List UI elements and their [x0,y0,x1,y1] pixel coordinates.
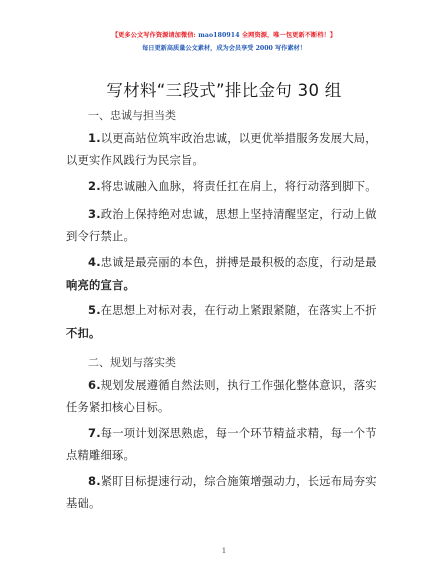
item-text: 规划发展遵循自然法则，执行工作强化整体意识，落实任务紧扣核心目标。 [66,379,377,414]
item-number: 6. [88,378,101,392]
list-item-1: 1.以更高站位筑牢政治忠诚，以更优举措服务发展大局，以更实作风践行为民宗旨。 [66,127,384,172]
list-item-7: 7.每一项计划深思熟虑，每一个环节精益求精，每一个节点精雕细琢。 [66,422,384,467]
item-number: 4. [88,255,101,269]
page-number: 1 [0,546,448,555]
item-text-bold: 不扣。 [66,326,101,340]
document-title: 写材料“三段式”排比金句 30 组 [0,77,448,101]
item-text: 将忠诚融入血脉，将责任扛在肩上，将行动落到脚下。 [101,180,377,193]
item-text: 在思想上对标对表，在行动上紧跟紧随，在落实上不折 [101,304,377,317]
item-text: 以更高站位筑牢政治忠诚，以更优举措服务发展大局，以更实作风践行为民宗旨。 [66,132,377,167]
wechat-id: mao180914 [198,32,239,39]
list-item-8: 8.紧盯目标提速行动，综合施策增强动力，长远布局夯实基础。 [66,470,384,515]
item-number: 2. [88,179,101,193]
list-item-6: 6.规划发展遵循自然法则，执行工作强化整体意识，落实任务紧扣核心目标。 [66,374,384,419]
section-heading-planning: 二、规划与落实类 [88,354,176,370]
item-number: 5. [88,303,101,317]
promo-banner-suffix: 全网资源，唯一包更新不断档！】 [240,32,337,39]
item-number: 8. [88,474,101,488]
item-number: 3. [88,207,101,221]
item-text: 忠诚是最亮丽的本色，拼搏是最积极的态度，行动是最 [101,256,377,269]
item-number: 7. [88,426,101,440]
item-text: 政治上保持绝对忠诚，思想上坚持清醒坚定，行动上做到令行禁止。 [66,208,377,243]
item-text: 每一项计划深思熟虑，每一个环节精益求精，每一个节点精雕细琢。 [66,427,377,462]
section-heading-loyalty: 一、忠诚与担当类 [88,107,176,123]
list-item-2: 2.将忠诚融入血脉，将责任扛在肩上，将行动落到脚下。 [66,175,384,198]
promo-banner-prefix: 【更多公文写作资源请加微信: [112,32,198,39]
list-item-3: 3.政治上保持绝对忠诚，思想上坚持清醒坚定，行动上做到令行禁止。 [66,203,384,248]
list-item-5: 5.在思想上对标对表，在行动上紧跟紧随，在落实上不折不扣。 [66,299,384,345]
list-item-4: 4.忠诚是最亮丽的本色，拼搏是最积极的态度，行动是最响亮的宣言。 [66,251,384,297]
promo-banner-line2: 每日更新高质量公文素材，成为会员享受 2000 写作素材！ [0,43,448,52]
item-text: 紧盯目标提速行动，综合施策增强动力，长远布局夯实基础。 [66,475,377,510]
item-text-bold: 响亮的宣言。 [66,278,135,292]
item-number: 1. [88,131,101,145]
promo-banner-line1: 【更多公文写作资源请加微信: mao180914 全网资源，唯一包更新不断档！】 [0,30,448,39]
